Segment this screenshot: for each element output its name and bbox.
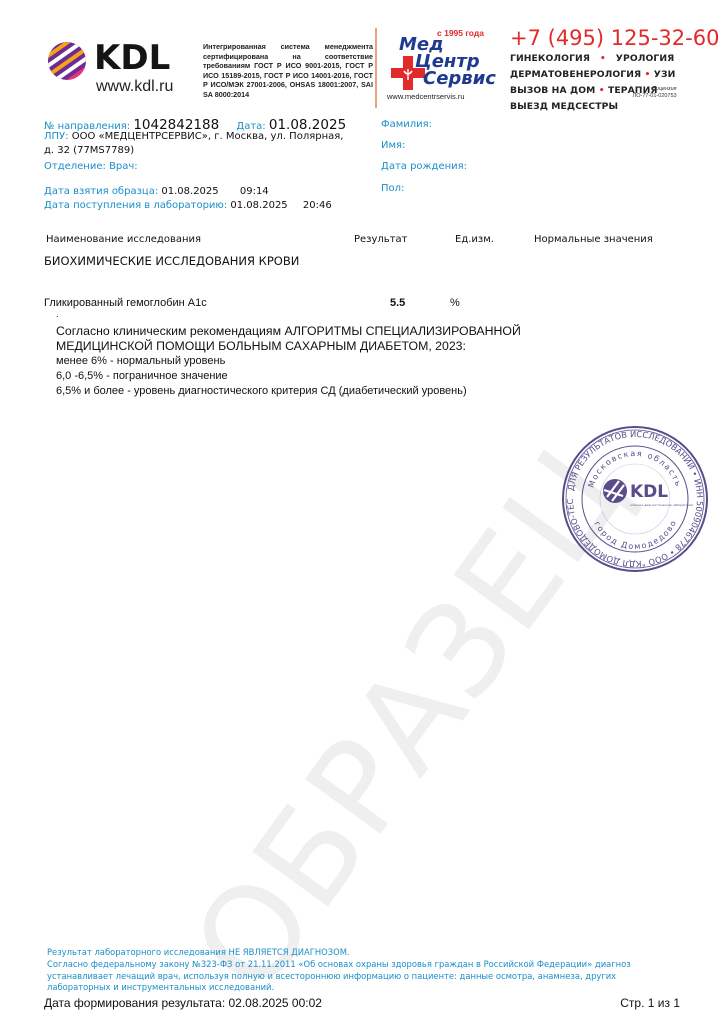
services-line-2: ДЕРМАТОВЕНЕРОЛОГИЯ • УЗИ [510, 69, 675, 80]
test-unit: % [450, 297, 460, 309]
kdl-globe-icon [46, 40, 88, 82]
stamp-logo-subtitle: клинико-диагностические лаборатории [630, 503, 693, 507]
services-line-1: ГИНЕКОЛОГИЯ • УРОЛОГИЯ [510, 53, 674, 64]
comment-dot: . [56, 309, 59, 320]
since-year: с 1995 года [437, 28, 484, 38]
receipt-time: 20:46 [303, 200, 332, 211]
license: Лицензия ЛО-77-01-020753 [652, 86, 677, 100]
doctor-label: Врач: [109, 161, 138, 172]
column-header-reference: Нормальные значения [534, 234, 653, 245]
service-nurse-visit: ВЫЕЗД МЕДСЕСТРЫ [510, 101, 618, 112]
svg-text:город Домодедово: город Домодедово [592, 518, 678, 551]
sample-date: 01.08.2025 [161, 186, 218, 197]
logo-word-servis: Сервис [423, 70, 496, 88]
bullet-icon: • [599, 85, 605, 96]
phone-number: +7 (495) 125-32-60 [510, 26, 719, 50]
lpu-value: ООО «МЕДЦЕНТРСЕРВИС», г. Москва, ул. Пол… [72, 131, 344, 142]
sample-date-line: Дата взятия образца: 01.08.2025 09:14 [44, 186, 269, 197]
test-result: 5.5 [390, 297, 405, 309]
bullet-icon: • [593, 53, 612, 64]
license-label: Лицензия [652, 86, 677, 93]
medcentrservis-logo: с 1995 года Мед Центр Сервис www.medcent… [385, 28, 493, 106]
department-doctor-line: Отделение: Врач: [44, 161, 138, 172]
lab-stamp: ДЛЯ РЕЗУЛЬТАТОВ ИССЛЕДОВАНИЙ • ИНН 50090… [560, 424, 710, 574]
services-line-4: ВЫЕЗД МЕДСЕСТРЫ [510, 101, 618, 112]
bullet-icon: • [644, 69, 650, 80]
disclaimer-line-3: устанавливает лечащий врач, используя по… [47, 971, 616, 981]
kdl-url: www.kdl.ru [96, 78, 173, 96]
stamp-seal-icon: ДЛЯ РЕЗУЛЬТАТОВ ИССЛЕДОВАНИЙ • ИНН 50090… [560, 424, 710, 574]
sample-time: 09:14 [240, 186, 269, 197]
service-gynecology: ГИНЕКОЛОГИЯ [510, 53, 590, 64]
service-urology: УРОЛОГИЯ [616, 53, 675, 64]
service-ultrasound: УЗИ [654, 69, 676, 80]
disclaimer-line-1: Результат лабораторного исследования НЕ … [47, 947, 350, 957]
stamp-logo-text: KDL [630, 482, 668, 502]
column-header-test-name: Наименование исследования [46, 234, 201, 245]
test-name: Гликированный гемоглобин A1c [44, 297, 207, 309]
certification-text: Интегрированная система менеджмента серт… [203, 42, 373, 100]
lpu-label: ЛПУ: [44, 131, 69, 142]
patient-surname-label: Фамилия: [381, 119, 432, 130]
comment-line-5: 6,5% и более - уровень диагностического … [56, 385, 467, 397]
service-home-visit: ВЫЗОВ НА ДОМ [510, 85, 595, 96]
generated-datetime: 02.08.2025 00:02 [229, 996, 322, 1010]
kdl-logo-text: KDL [94, 38, 170, 78]
department-label: Отделение: [44, 161, 106, 172]
lpu-line-2: д. 32 (77MS7789) [44, 145, 134, 156]
page-number: Стр. 1 из 1 [620, 996, 680, 1010]
disclaimer-line-4: лабораторных и инструментальных исследов… [47, 982, 274, 992]
patient-name-label: Имя: [381, 140, 405, 151]
generated-at: Дата формирования результата: 02.08.2025… [44, 996, 322, 1010]
patient-sex-label: Пол: [381, 183, 404, 194]
service-dermatovenerology: ДЕРМАТОВЕНЕРОЛОГИЯ [510, 69, 641, 80]
generated-label: Дата формирования результата: [44, 996, 225, 1010]
comment-line-2: МЕДИЦИНСКОЙ ПОМОЩИ БОЛЬНЫМ САХАРНЫМ ДИАБ… [56, 339, 466, 354]
stamp-kdl-globe-icon [603, 479, 627, 503]
header-divider [375, 28, 377, 108]
lpu-line: ЛПУ: ООО «МЕДЦЕНТРСЕРВИС», г. Москва, ул… [44, 131, 343, 142]
comment-line-3: менее 6% - нормальный уровень [56, 355, 225, 367]
comment-line-1: Согласно клиническим рекомендациям АЛГОР… [56, 324, 521, 339]
sample-date-label: Дата взятия образца: [44, 186, 158, 197]
patient-birthdate-label: Дата рождения: [381, 161, 467, 172]
stamp-inner-bottom-text: город Домодедово [592, 518, 678, 551]
section-title: БИОХИМИЧЕСКИЕ ИССЛЕДОВАНИЯ КРОВИ [44, 254, 299, 268]
receipt-date: 01.08.2025 [230, 200, 287, 211]
comment-line-4: 6,0 -6,5% - пограничное значение [56, 370, 228, 382]
column-header-unit: Ед.изм. [455, 234, 494, 245]
column-header-result: Результат [354, 234, 407, 245]
license-number: ЛО-77-01-020753 [622, 93, 677, 100]
receipt-date-label: Дата поступления в лабораторию: [44, 200, 227, 211]
medcentr-url: www.medcentrservis.ru [387, 92, 465, 101]
disclaimer-line-2: Согласно федеральному закону №323-ФЗ от … [47, 959, 631, 969]
kdl-logo: KDL www.kdl.ru [44, 38, 189, 100]
receipt-date-line: Дата поступления в лабораторию: 01.08.20… [44, 200, 332, 211]
